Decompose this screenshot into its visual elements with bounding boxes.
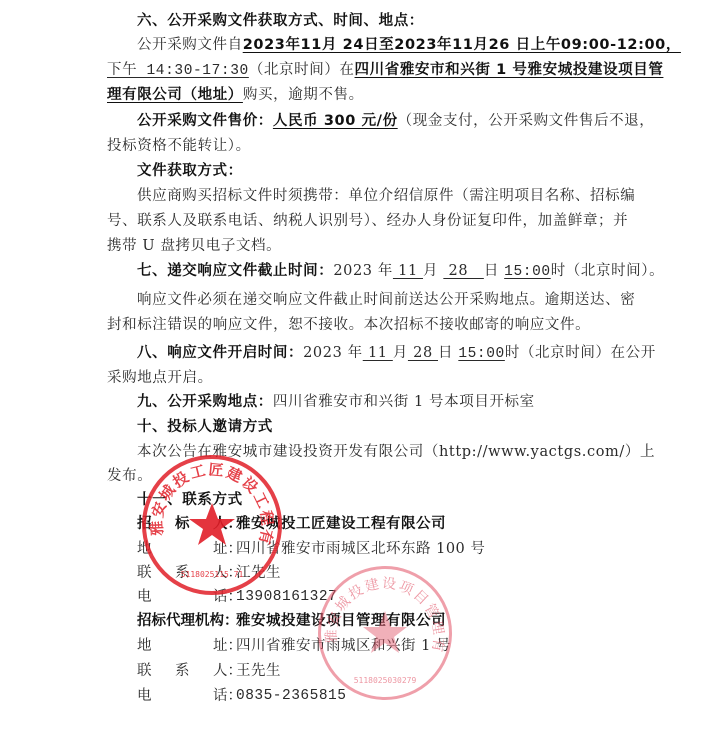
section7-heading: 七、递交响应文件截止时间： — [137, 263, 333, 279]
section7-deadline: 七、递交响应文件截止时间：2023 年 11 月 28 日 15:00时（北京时… — [137, 261, 664, 282]
month: 11 — [393, 263, 423, 279]
agency-name: 雅安城投建设项目管理有限公司 — [236, 611, 446, 631]
text: 地 — [137, 638, 152, 654]
agency-phone: 0835-2365815 — [236, 686, 346, 706]
text: （北京时间）在 — [249, 62, 355, 78]
purchase-place-cont: 理有限公司（地址） — [107, 87, 243, 103]
section9-heading: 九、公开采购地点： — [137, 394, 273, 410]
agency-phone-label: 电话： — [137, 686, 152, 706]
text: 系 — [175, 661, 190, 681]
text: 购买，逾期不售。 — [243, 87, 364, 103]
section8-heading: 八、响应文件开启时间： — [137, 345, 303, 361]
agency-contact-label: 联系人： — [137, 661, 152, 681]
purchase-dates: 2023年11月 24日至2023年11月26 日上午09:00-12:00， — [243, 37, 681, 53]
tenderer-address-label: 地址： — [137, 539, 152, 559]
section9: 九、公开采购地点：四川省雅安市和兴街 1 号本项目开标室 — [137, 392, 535, 412]
text: 公开采购文件自 — [137, 37, 243, 53]
purchase-place: 四川省雅安市和兴街 1 号雅安城投建设项目管 — [355, 62, 664, 78]
section10-line1: 本次公告在雅安城市建设投资开发有限公司（http://www.yactgs.co… — [137, 442, 655, 462]
company-seal-agency: 雅安城投建设项目管理有限公司 5118025030279 — [318, 566, 452, 700]
method-heading: 文件获取方式： — [137, 161, 243, 181]
tenderer-label: 招标人： — [137, 514, 152, 534]
agency-address: 四川省雅安市雨城区和兴街 1 号 — [236, 636, 451, 656]
text: 招 — [137, 516, 152, 532]
price-note: （现金支付，公开采购文件售后不退， — [398, 113, 655, 129]
text: 电 — [137, 688, 152, 704]
section6-price: 公开采购文件售价：人民币 300 元/份（现金支付，公开采购文件售后不退， — [137, 111, 654, 131]
method-line1: 供应商购买招标文件时须携带：单位介绍信原件（需注明项目名称、招标编 — [137, 186, 635, 206]
section8-opening: 八、响应文件开启时间：2023 年 11 月 28 日 15:00时（北京时间）… — [137, 343, 656, 364]
tenderer-address: 四川省雅安市雨城区北环东路 100 号 — [236, 539, 485, 559]
tenderer-contact-label: 联系人： — [137, 563, 152, 583]
month: 11 — [363, 345, 393, 361]
text: 月 — [393, 345, 408, 361]
section7-note2: 封和标注错误的响应文件，恕不接收。本次招标不接收邮寄的响应文件。 — [107, 315, 590, 335]
section6-line3: 理有限公司（地址）购买，逾期不售。 — [107, 85, 364, 105]
method-line3: 携带 U 盘拷贝电子文档。 — [107, 236, 281, 256]
tenderer-phone-label: 电话： — [137, 587, 152, 607]
hour: 15:00 — [458, 346, 505, 362]
section6-heading: 六、公开采购文件获取方式、时间、地点： — [137, 11, 424, 31]
day: 28 — [408, 345, 438, 361]
tenderer-phone: 13908161327 — [236, 587, 337, 607]
method-line2: 号、联系人及联系电话、纳税人识别号）、经办人身份证复印件，加盖鲜章；并 — [107, 211, 628, 231]
text: 标 — [175, 514, 190, 534]
purchase-time: 下午 14:30-17:30 — [107, 63, 249, 79]
day: 28 — [443, 263, 484, 279]
section9-value: 四川省雅安市和兴街 1 号本项目开标室 — [273, 394, 535, 410]
seal-star-icon: 雅安城投建设项目管理有限公司 5118025030279 — [321, 569, 449, 697]
price-value: 人民币 300 元/份 — [273, 113, 398, 129]
section10-heading: 十、投标人邀请方式 — [137, 417, 273, 437]
document-page: 六、公开采购文件获取方式、时间、地点： 公开采购文件自2023年11月 24日至… — [0, 0, 712, 729]
text: 日 — [484, 263, 499, 279]
text: 系 — [175, 563, 190, 583]
tenderer-contact: 江先生 — [236, 563, 281, 583]
agency-address-label: 地址： — [137, 636, 152, 656]
agency-label: 招标代理机构： — [137, 611, 239, 631]
text: 地 — [137, 541, 152, 557]
text: 2023 年 — [303, 345, 363, 361]
section11-heading: 十一、联系方式 — [137, 490, 243, 510]
text: 月 — [423, 263, 438, 279]
text: 2023 年 — [333, 263, 393, 279]
text: 电 — [137, 589, 152, 605]
section6-price-note2: 投标资格不能转让）。 — [107, 136, 251, 156]
tenderer-name: 雅安城投工匠建设工程有限公司 — [236, 514, 446, 534]
text: 联 — [137, 565, 152, 581]
price-label: 公开采购文件售价： — [137, 113, 273, 129]
section10-line2: 发布。 — [107, 466, 152, 486]
text: 联 — [137, 663, 152, 679]
text: 时（北京时间）在公开 — [505, 345, 656, 361]
text: 日 — [438, 345, 453, 361]
section6-line1: 公开采购文件自2023年11月 24日至2023年11月26 日上午09:00-… — [137, 35, 681, 55]
agency-contact: 王先生 — [236, 661, 281, 681]
section8-line2: 采购地点开启。 — [107, 368, 213, 388]
svg-text:5118025030279: 5118025030279 — [354, 676, 417, 685]
hour: 15:00 — [504, 264, 551, 280]
text: 时（北京时间）。 — [551, 263, 665, 279]
section6-line2: 下午 14:30-17:30（北京时间）在四川省雅安市和兴街 1 号雅安城投建设… — [107, 60, 663, 81]
section7-note1: 响应文件必须在递交响应文件截止时间前送达公开采购地点。逾期送达、密 — [137, 290, 635, 310]
